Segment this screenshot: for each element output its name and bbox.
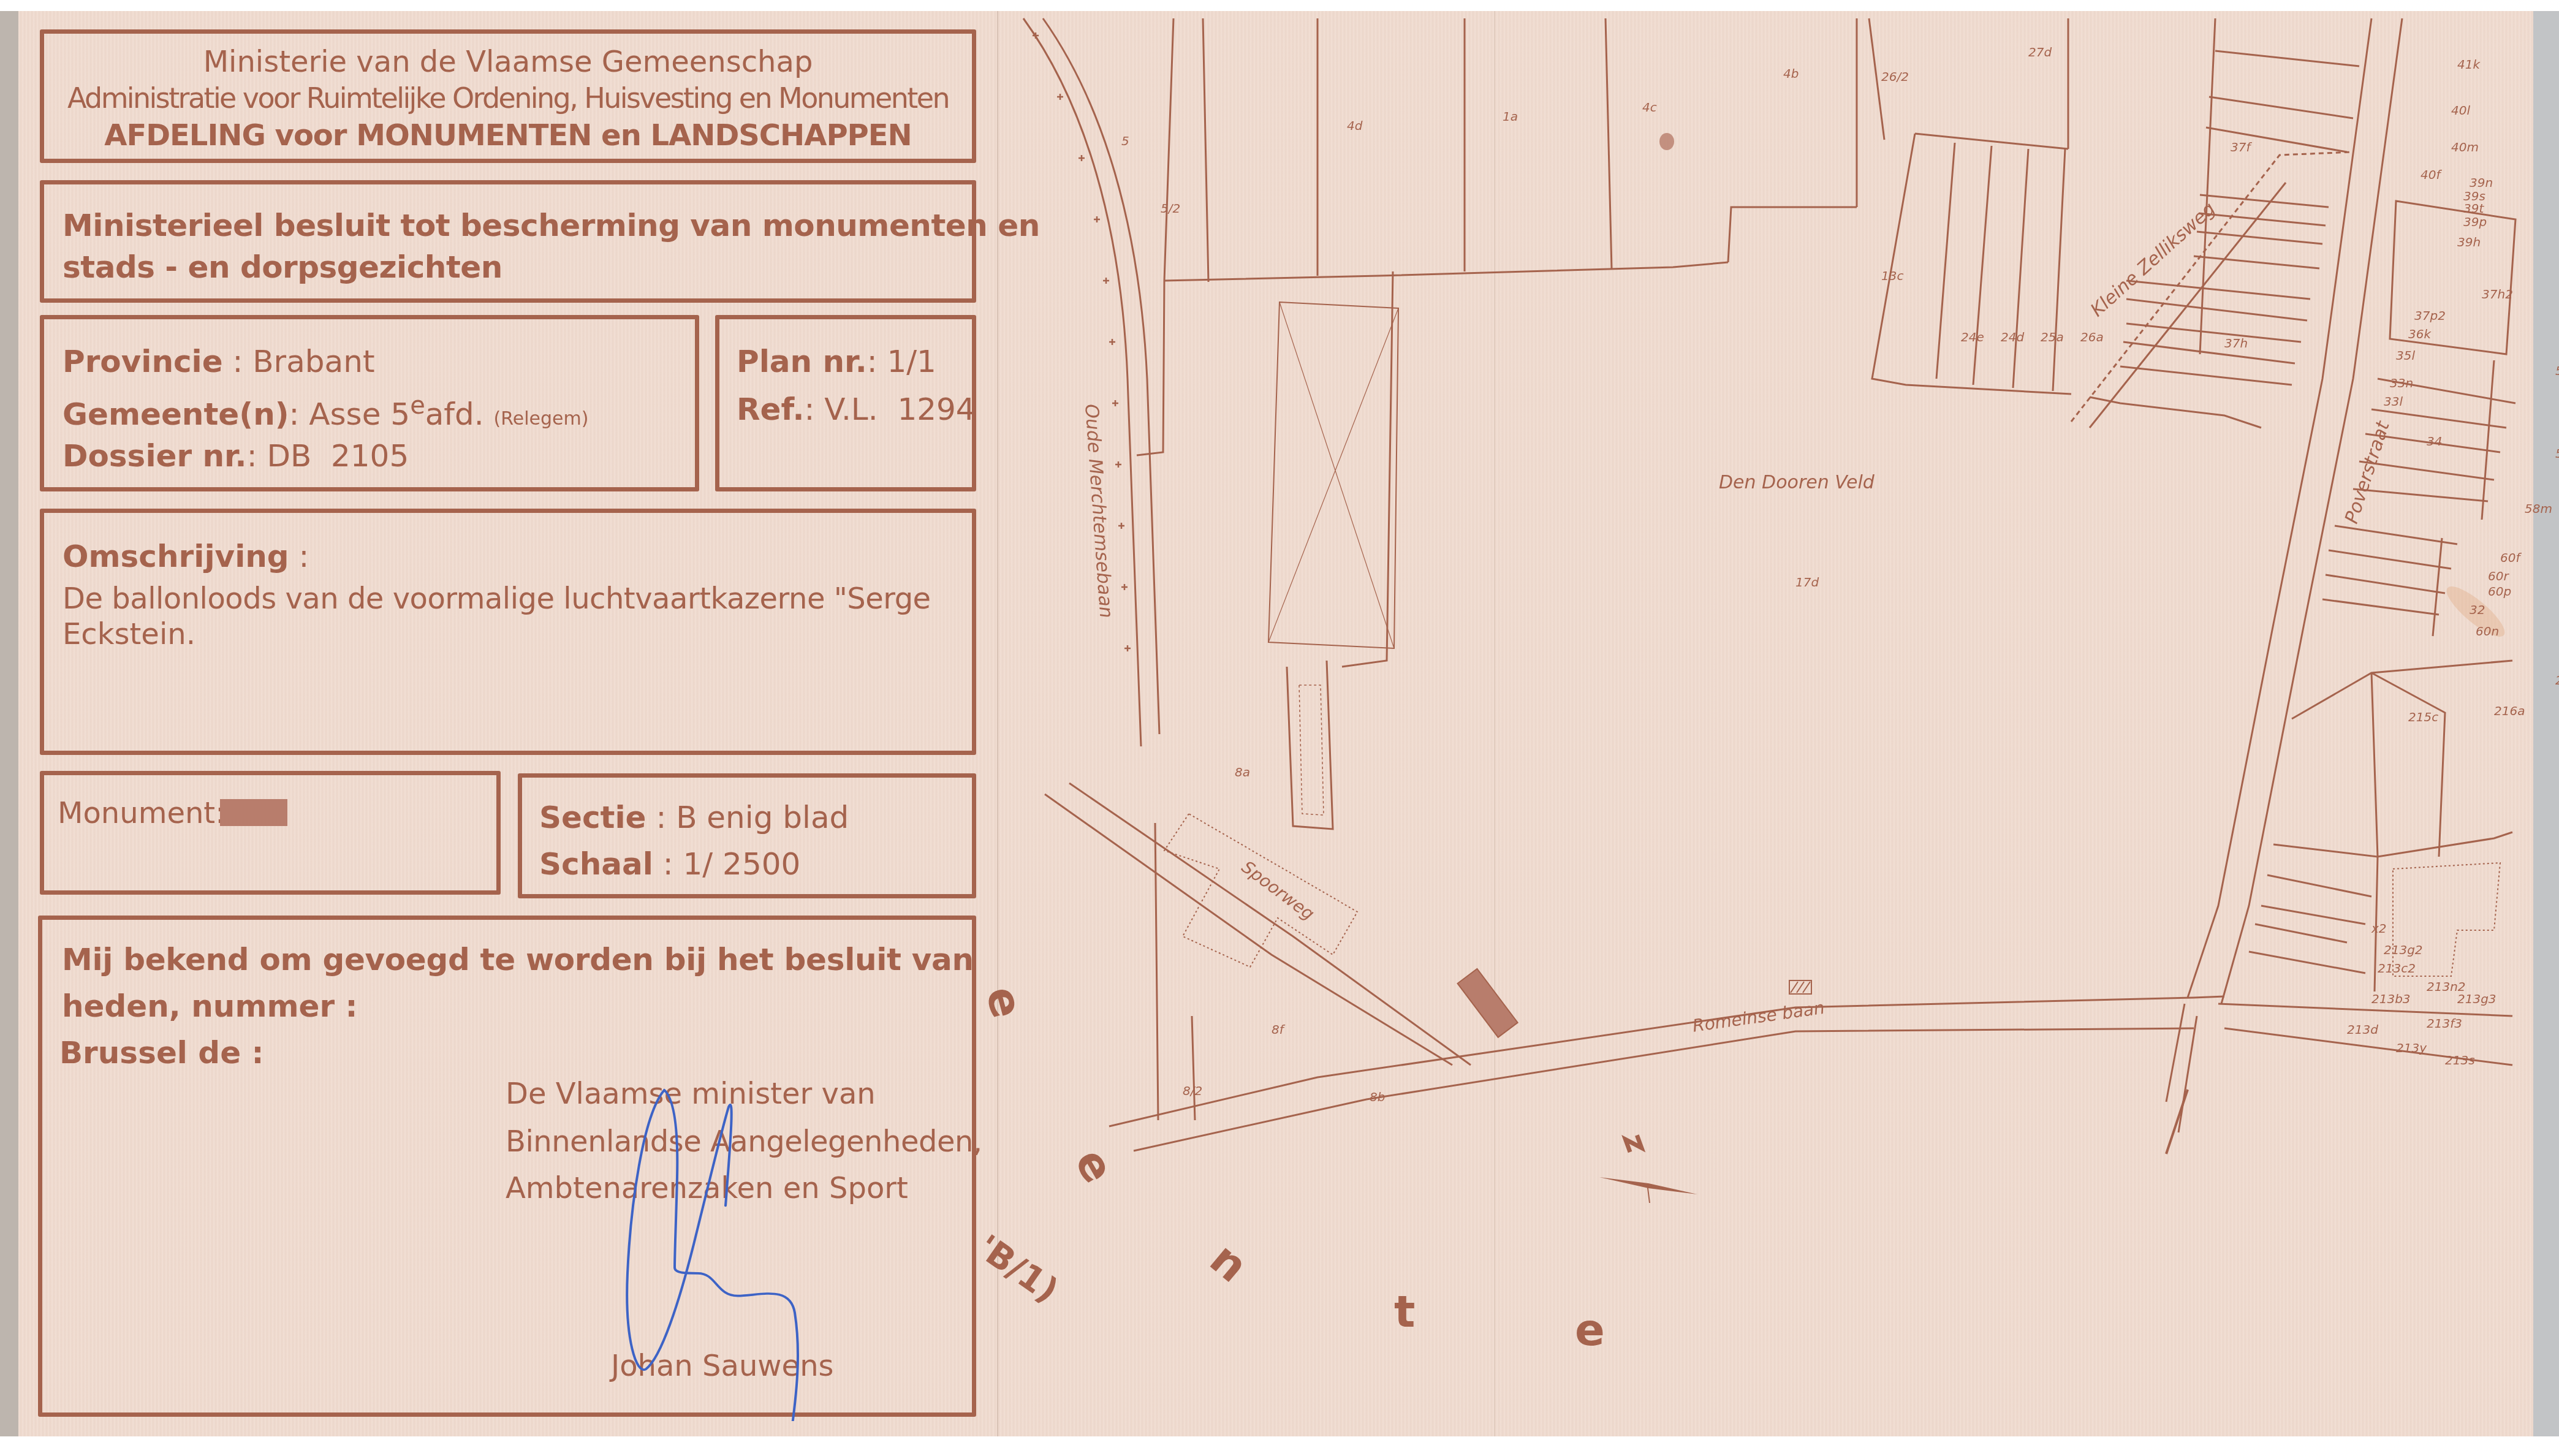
location-box: Provincie : Brabant Gemeente(n): Asse 5e… — [40, 315, 699, 491]
parcel-label: 8b — [1370, 1090, 1385, 1104]
gemeente-row: Gemeente(n): Asse 5eafd. (Relegem) — [63, 392, 588, 432]
parcel-label: 8f — [1272, 1022, 1284, 1037]
sectie-value: B enig blad — [676, 800, 849, 835]
gemeente-note: (Relegem) — [494, 408, 589, 430]
parcel-label: 60p — [2488, 584, 2511, 599]
colon: : — [653, 846, 683, 882]
parcel-label: 213d — [2347, 1022, 2378, 1037]
signature-box: Mij bekend om gevoegd te worden bij het … — [38, 916, 976, 1417]
monument-swatch — [220, 799, 287, 826]
gemeente-label: Gemeente(n) — [63, 396, 289, 432]
parcel-label: 216d — [2555, 673, 2559, 688]
parcel-label: 213c2 — [2378, 961, 2416, 976]
colon: : — [867, 344, 887, 379]
description-line-1: De ballonloods van de voormalige luchtva… — [63, 582, 931, 616]
dossier-label: Dossier nr. — [63, 438, 247, 474]
parcel-label: 27d — [2028, 45, 2052, 59]
parcel-label: 215c — [2408, 710, 2438, 724]
parcel-label: 1a — [1503, 109, 1518, 124]
department-title: AFDELING voor MONUMENTEN en LANDSCHAPPEN — [44, 118, 972, 153]
provincie-value: Brabant — [252, 344, 374, 379]
dossier-value: DB 2105 — [267, 438, 409, 474]
parcel-label: 34 — [2427, 434, 2442, 449]
schaal-row: Schaal : 1/ 2500 — [539, 846, 800, 882]
parcel-label: 13c — [1881, 268, 1903, 283]
provincie-row: Provincie : Brabant — [63, 344, 374, 379]
parcel-label: 37p2 — [2414, 308, 2446, 323]
gemeente-afd: afd. — [425, 396, 484, 432]
map-lines — [999, 11, 2533, 1436]
gemeente-value: Asse 5 — [309, 396, 410, 432]
description-box: Omschrijving : De ballonloods van de voo… — [40, 509, 976, 755]
parcel-label: 37h — [2224, 336, 2248, 351]
ministry-title: Ministerie van de Vlaamse Gemeenschap — [44, 45, 972, 79]
parcel-label: 58o — [2555, 363, 2559, 378]
parcel-label: 25a — [2041, 330, 2064, 344]
parcel-label: 37f — [2231, 140, 2251, 154]
parcel-label: 58m — [2525, 501, 2552, 516]
parcel-label: 5/2 — [1161, 201, 1180, 216]
parcel-label: 37h2 — [2482, 287, 2513, 301]
colon: : — [289, 396, 309, 432]
colon: : — [223, 344, 253, 379]
parcel-label: 60n — [2476, 624, 2499, 639]
monument-label: Monument: — [58, 796, 225, 830]
parcel-label: 35l — [2396, 348, 2415, 363]
parcel-label: 5 — [1121, 134, 1129, 148]
parcel-label: 32 — [2470, 602, 2485, 617]
parcel-label: 24d — [2001, 330, 2024, 344]
parcel-label: 17d — [1795, 575, 1819, 590]
parcel-label: 33l — [2384, 394, 2403, 409]
parcel-label: 39t — [2463, 201, 2484, 216]
plan-value: 1/1 — [887, 344, 936, 379]
place-den-dooren-veld: Den Dooren Veld — [1719, 472, 1875, 493]
parcel-label: 4b — [1783, 66, 1799, 81]
scan-edge-left — [0, 11, 18, 1436]
parcel-label: 24e — [1961, 330, 1984, 344]
parcel-label: 39p — [2463, 214, 2487, 229]
colon: : — [289, 539, 309, 574]
parcel-label: 8/2 — [1183, 1083, 1202, 1098]
administration-title: Administratie voor Ruimtelijke Ordening,… — [44, 82, 972, 115]
large-letter-e3: e — [1575, 1304, 1605, 1356]
decree-box: Ministerieel besluit tot bescherming van… — [40, 180, 976, 303]
parcel-label: 58g — [2555, 446, 2559, 461]
large-letter-t: t — [1394, 1286, 1415, 1337]
parcel-label: 40l — [2451, 103, 2470, 118]
parcel-label: 60r — [2488, 569, 2509, 583]
sectie-row: Sectie : B enig blad — [539, 800, 849, 835]
plan-box: Plan nr.: 1/1 Ref.: V.L. 1294 — [715, 315, 976, 491]
plan-row: Plan nr.: 1/1 — [737, 344, 936, 379]
section-box: Sectie : B enig blad Schaal : 1/ 2500 — [518, 773, 976, 898]
parcel-label: 213y — [2396, 1041, 2427, 1055]
handwritten-signature — [42, 920, 980, 1421]
parcel-label: 40f — [2421, 167, 2441, 182]
parcel-label: 213f3 — [2427, 1016, 2462, 1031]
ref-label: Ref. — [737, 392, 804, 427]
parcel-label: 4c — [1642, 100, 1657, 115]
parcel-label: 39h — [2457, 235, 2481, 249]
parcel-label: 213s — [2445, 1053, 2475, 1067]
parcel-label: 213g3 — [2457, 992, 2496, 1006]
monument-legend-box: Monument: — [40, 771, 501, 895]
parcel-label: 216a — [2494, 703, 2525, 718]
plan-label: Plan nr. — [737, 344, 867, 379]
gemeente-sup: e — [410, 392, 425, 420]
parcel-label: 213g2 — [2384, 942, 2423, 957]
monument-building — [1458, 969, 1518, 1037]
description-label: Omschrijving : — [63, 539, 309, 574]
parcel-label: 4d — [1347, 118, 1362, 133]
parcel-label: 41k — [2457, 57, 2480, 72]
colon: : — [804, 392, 824, 427]
parcel-label: 36k — [2408, 327, 2431, 341]
parcel-label: 213b3 — [2371, 992, 2411, 1006]
decree-line-2: stads - en dorpsgezichten — [63, 249, 502, 285]
parcel-label: 39n — [2470, 175, 2493, 190]
decree-line-1: Ministerieel besluit tot bescherming van… — [63, 208, 1040, 243]
dossier-row: Dossier nr.: DB 2105 — [63, 438, 409, 474]
ref-value: V.L. 1294 — [824, 392, 975, 427]
schaal-label: Schaal — [539, 846, 653, 882]
parcel-label: 60f — [2500, 550, 2520, 565]
parcel-label: 33n — [2390, 376, 2413, 390]
parcel-label: x2 — [2371, 921, 2387, 936]
header-box: Ministerie van de Vlaamse Gemeenschap Ad… — [40, 29, 976, 163]
description-line-2: Eckstein. — [63, 617, 195, 651]
colon: : — [646, 800, 677, 835]
parcel-label: 8a — [1235, 765, 1250, 779]
parcel-label: 26a — [2080, 330, 2104, 344]
north-arrow-icon — [1599, 1136, 1697, 1203]
schaal-value: 1/ 2500 — [683, 846, 801, 882]
parcel-label: 26/2 — [1881, 69, 1909, 84]
scan-edge-right — [2533, 11, 2559, 1436]
sectie-label: Sectie — [539, 800, 646, 835]
ref-row: Ref.: V.L. 1294 — [737, 392, 976, 427]
colon: : — [247, 438, 267, 474]
provincie-label: Provincie — [63, 344, 223, 379]
omschrijving-label: Omschrijving — [63, 539, 289, 574]
parcel-label: 40m — [2451, 140, 2479, 154]
cadastral-map: Oude Merchtemsebaan Spoorweg Romeinse ba… — [999, 11, 2533, 1436]
